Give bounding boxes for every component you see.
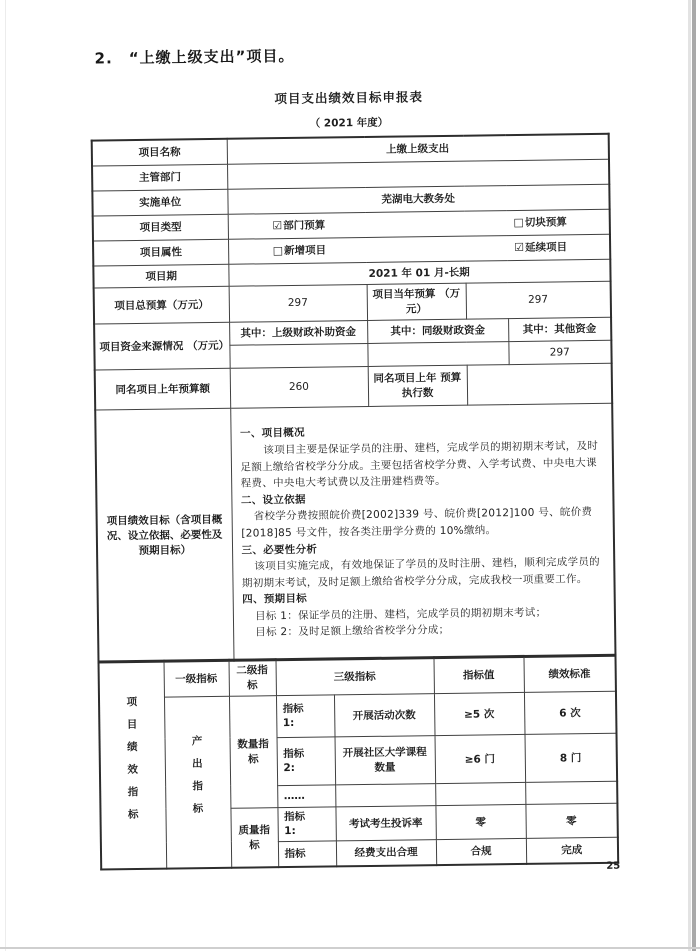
- table-row: 项目绩效目标（含项目概况、设立依据、必要性及预期目标） 一、项目概况 该项目主要…: [95, 403, 615, 663]
- department-label: 主管部门: [92, 164, 227, 191]
- prev-exec-label: 同名项目上年 预算执行数: [368, 365, 468, 406]
- indicator-name: 考试考生投诉率: [335, 805, 435, 840]
- performance-indicator-table: 项目绩效指标 一级指标 二级指标 三级指标 指标值 绩效标准 产出指标 数量指标…: [97, 654, 619, 871]
- checkbox-checked-icon: ☑: [272, 219, 282, 232]
- scan-right-edge-light: [688, 0, 691, 951]
- indicator-standard: 6 次: [524, 691, 617, 734]
- level2-quality-label: 质量指标: [230, 807, 278, 868]
- level1-output-label: 产出指标: [164, 696, 231, 869]
- indicator-vertical-label: 项目绩效指标: [99, 661, 167, 870]
- indicator-no: 指标 1:: [277, 806, 335, 841]
- goal-line: 目标 2：及时足额上缴给省校学分分成；: [243, 620, 606, 641]
- project-info-table: 项目名称 上缴上级支出 主管部门 实施单位 芜湖电大教务处 项目类型 ☑部门预算…: [91, 133, 617, 664]
- indicator-no: 指标: [278, 840, 336, 867]
- form-title: 项目支出绩效目标申报表: [90, 85, 607, 110]
- indicator-value: [435, 782, 525, 805]
- performance-goal-label: 项目绩效目标（含项目概况、设立依据、必要性及预期目标）: [95, 408, 233, 663]
- indicator-value: ≥5 次: [434, 692, 525, 735]
- option-label: 延续项目: [525, 241, 567, 254]
- section-heading: 2. “上缴上级支出”项目。: [94, 45, 294, 69]
- indicator-standard: 完成: [526, 837, 618, 864]
- value-header: 指标值: [433, 656, 523, 693]
- goal-line: 省校学分费按照皖价费[2002]339 号、皖价费[2012]100 号、皖价费…: [241, 504, 604, 542]
- prev-budget-label: 同名项目上年预算额: [95, 368, 231, 410]
- funding-source-label: 项目资金来源情况 （万元）: [94, 322, 230, 370]
- option-new-project: □新增项目: [273, 242, 327, 258]
- project-period-label: 项目期: [93, 264, 228, 288]
- year-budget-value: 297: [466, 281, 611, 319]
- funding-src2-value: [367, 341, 508, 366]
- indicator-row: 产出指标 数量指标 指标 1: 开展活动次数 ≥5 次 6 次: [99, 691, 617, 740]
- form-year-label: （ 2021 年度）: [90, 112, 607, 134]
- unit-label: 实施单位: [92, 189, 227, 216]
- scanned-document-page: 2. “上缴上级支出”项目。 项目支出绩效目标申报表 （ 2021 年度） 项目…: [0, 0, 700, 951]
- level1-header: 一级指标: [164, 660, 229, 697]
- checkbox-unchecked-icon: □: [273, 244, 284, 257]
- option-label: 切块预算: [525, 216, 567, 229]
- indicator-name: 开展社区大学课程数量: [335, 735, 436, 784]
- indicator-name: 经费支出合理: [336, 839, 436, 866]
- project-attr-label: 项目属性: [93, 239, 228, 266]
- scan-bottom-edge: [0, 947, 700, 949]
- page-number: 25: [580, 861, 620, 873]
- total-budget-value: 297: [229, 284, 367, 322]
- indicator-standard: 零: [525, 803, 617, 838]
- indicator-standard: [525, 781, 617, 804]
- document-sheet: 2. “上缴上级支出”项目。 项目支出绩效目标申报表 （ 2021 年度） 项目…: [0, 0, 700, 951]
- funding-src1-label: 其中：上级财政补助资金: [229, 320, 367, 345]
- option-department-budget: ☑部门预算: [272, 218, 325, 234]
- goal-line: 该项目主要是保证学员的注册、建档，完成学员的期初期末考试，及时足额上缴给省校学分…: [240, 438, 603, 492]
- goal-line: 该项目实施完成，有效地保证了学员的及时注册、建档，顺利完成学员的期初期末考试，及…: [242, 554, 605, 592]
- funding-src3-value: 297: [508, 340, 611, 364]
- indicator-no: 指标 2:: [277, 736, 336, 785]
- scan-left-edge: [5, 0, 6, 951]
- checkbox-checked-icon: ☑: [514, 241, 524, 254]
- total-budget-label: 项目总预算（万元）: [94, 286, 229, 324]
- table-row: 同名项目上年预算额 260 同名项目上年 预算执行数: [95, 363, 612, 410]
- level3-header: 三级指标: [275, 657, 433, 695]
- indicator-no: ……: [277, 784, 335, 807]
- prev-budget-value: 260: [230, 366, 369, 408]
- option-block-budget: □切块预算: [513, 214, 567, 230]
- checkbox-unchecked-icon: □: [513, 216, 524, 229]
- standard-header: 绩效标准: [523, 655, 615, 692]
- option-label: 部门预算: [283, 220, 325, 233]
- level2-quantity-label: 数量指标: [229, 695, 277, 808]
- option-label: 新增项目: [284, 244, 326, 257]
- indicator-name: [335, 783, 435, 806]
- project-name-label: 项目名称: [92, 139, 227, 166]
- indicator-no: 指标 1:: [276, 694, 335, 737]
- project-type-label: 项目类型: [93, 214, 228, 241]
- funding-src1-value: [229, 343, 367, 368]
- indicator-value: 零: [435, 804, 525, 839]
- prev-exec-value: [467, 363, 613, 405]
- scan-right-edge: [692, 0, 696, 951]
- performance-goal-text: 一、项目概况 该项目主要是保证学员的注册、建档，完成学员的期初期末考试，及时足额…: [230, 403, 615, 661]
- indicator-name: 开展活动次数: [334, 693, 435, 736]
- indicator-value: ≥6 门: [435, 734, 526, 783]
- year-budget-label: 项目当年预算 （万元）: [367, 283, 466, 320]
- funding-src3-label: 其中：其他资金: [508, 317, 611, 341]
- indicator-standard: 8 门: [524, 733, 617, 782]
- funding-src2-label: 其中：同级财政资金: [367, 318, 508, 343]
- indicator-value: 合规: [436, 838, 526, 865]
- level2-header: 二级指标: [228, 659, 275, 696]
- option-continuing-project: ☑延续项目: [514, 239, 567, 255]
